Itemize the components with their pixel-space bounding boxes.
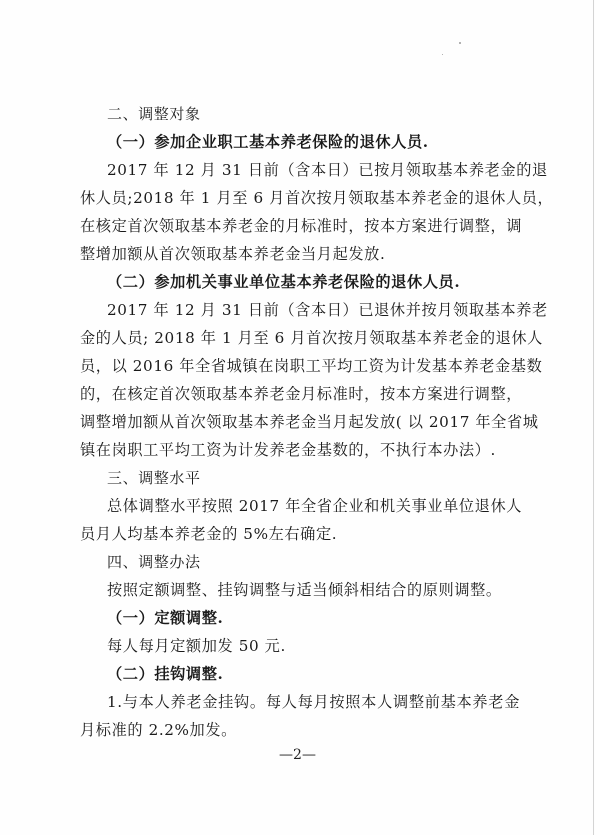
- section-heading: 四、调整办法: [80, 548, 520, 576]
- subsection-title: （二）挂钩调整.: [80, 660, 520, 688]
- document-body: 二、调整对象 （一）参加企业职工基本养老保险的退休人员. 2017 年 12 月…: [80, 100, 520, 744]
- paragraph-line: 按照定额调整、挂钩调整与适当倾斜相结合的原则调整。: [80, 576, 520, 604]
- scan-speck: [459, 42, 461, 44]
- paragraph-line: 镇在岗职工平均工资为计发养老金基数的，不执行本办法）.: [80, 436, 520, 464]
- paragraph-line: 调整增加额从首次领取基本养老金当月起发放( 以 2017 年全省城: [80, 408, 520, 436]
- paragraph-line: 2017 年 12 月 31 日前（含本日）已退休并按月领取基本养老: [80, 296, 520, 324]
- scan-edge-line: [593, 0, 594, 835]
- paragraph-line: 整增加额从首次领取基本养老金当月起发放.: [80, 240, 520, 268]
- subsection-title: （一）定额调整.: [80, 604, 520, 632]
- document-page: 二、调整对象 （一）参加企业职工基本养老保险的退休人员. 2017 年 12 月…: [0, 0, 595, 835]
- paragraph-line: 的，在核定首次领取基本养老金月标准时，按本方案进行调整，: [80, 380, 520, 408]
- paragraph-line: 1.与本人养老金挂钩。每人每月按照本人调整前基本养老金: [80, 688, 520, 716]
- paragraph-line: 金的人员; 2018 年 1 月至 6 月首次按月领取基本养老金的退休人: [80, 324, 520, 352]
- paragraph-line: 2017 年 12 月 31 日前（含本日）已按月领取基本养老金的退: [80, 156, 520, 184]
- paragraph-line: 每人每月定额加发 50 元.: [80, 632, 520, 660]
- section-heading: 二、调整对象: [80, 100, 520, 128]
- subsection-title: （一）参加企业职工基本养老保险的退休人员.: [80, 128, 520, 156]
- page-number: —2—: [0, 747, 595, 763]
- paragraph-line: 总体调整水平按照 2017 年全省企业和机关事业单位退休人: [80, 492, 520, 520]
- paragraph-line: 在核定首次领取基本养老金的月标准时，按本方案进行调整，调: [80, 212, 520, 240]
- paragraph-line: 员，以 2016 年全省城镇在岗职工平均工资为计发基本养老金基数: [80, 352, 520, 380]
- paragraph-line: 休人员;2018 年 1 月至 6 月首次按月领取基本养老金的退休人员，: [80, 184, 520, 212]
- scan-speck: [442, 54, 443, 55]
- paragraph-line: 月标准的 2.2%加发。: [80, 716, 520, 744]
- section-heading: 三、调整水平: [80, 464, 520, 492]
- paragraph-line: 员月人均基本养老金的 5%左右确定.: [80, 520, 520, 548]
- subsection-title: （二）参加机关事业单位基本养老保险的退休人员.: [80, 268, 520, 296]
